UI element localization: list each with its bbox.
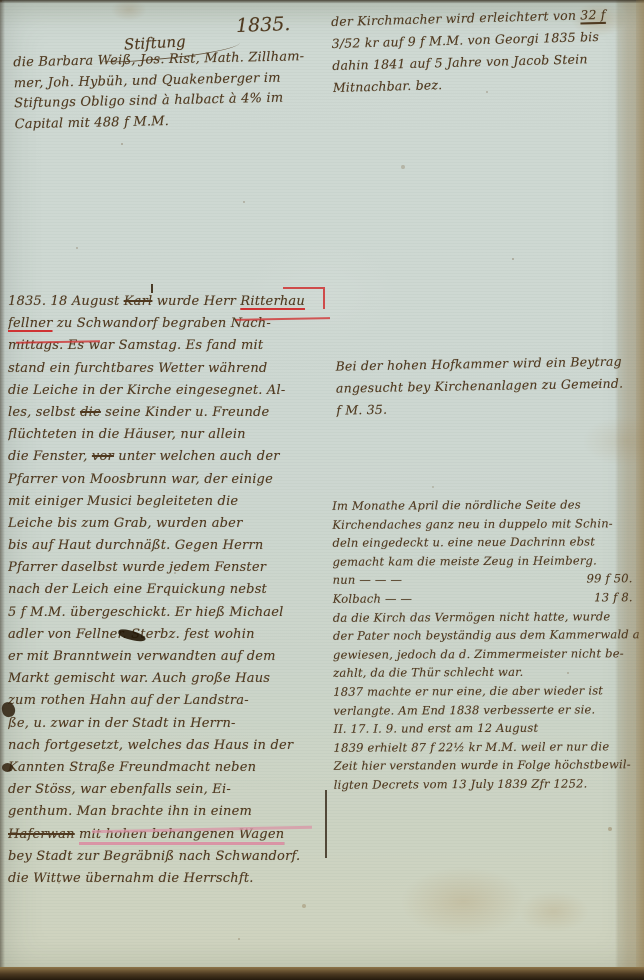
manuscript-block-stiftung-entry: die Barbara Weiß, Jos. Rist, Math. Zillh… xyxy=(13,49,329,138)
manuscript-line: Kannten Straße Freundmacht neben xyxy=(8,760,330,782)
manuscript-line: gemacht kam die meiste Zeug in Heimberg. xyxy=(333,553,639,573)
manuscript-line: Kirchendaches ganz neu in duppelo mit Sc… xyxy=(332,516,638,536)
manuscript-line: die Fenster, vor unter welchen auch der xyxy=(8,449,330,471)
manuscript-line: Leiche bis zum Grab, wurden aber xyxy=(8,516,330,538)
manuscript-block-kirchendach-entry: Im Monathe April die nördliche Seite des… xyxy=(332,497,640,796)
struck-word: Haferwan xyxy=(8,827,75,842)
manuscript-line: die Leiche in der Kirche eingesegnet. Al… xyxy=(8,383,330,405)
struck-word: die xyxy=(80,405,101,420)
amount: 99 f 50. xyxy=(587,572,633,591)
manuscript-line: er mit Branntwein verwandten auf dem xyxy=(8,649,330,671)
manuscript-line: Im Monathe April die nördliche Seite des xyxy=(332,497,638,517)
page-edge-right xyxy=(636,0,644,980)
manuscript-line: ße, u. zwar in der Stadt in Herrn- xyxy=(8,716,330,738)
manuscript-line: Markt gemischt war. Auch große Haus xyxy=(8,671,330,693)
manuscript-line: 1839 erhielt 87 f 22½ kr M.M. weil er nu… xyxy=(333,739,639,759)
manuscript-block-kirchmacher-entry: der Kirchmacher wird erleichtert von 32 … xyxy=(331,6,639,102)
manuscript-line: Kolbach — —13 f 8. xyxy=(333,590,639,610)
manuscript-line: Zeit hier verstanden wurde in Folge höch… xyxy=(334,758,640,778)
manuscript-line: adler von Fellner. Sterbz. fest wohin xyxy=(8,627,330,649)
manuscript-line: Pfarrer daselbst wurde jedem Fenster xyxy=(8,560,330,582)
manuscript-line: der Pater noch beyständig aus dem Kammer… xyxy=(333,627,639,647)
manuscript-line: zahlt, da die Thür schlecht war. xyxy=(333,665,639,685)
page-edge-left xyxy=(0,0,5,980)
manuscript-line: der Stöss, war ebenfalls sein, Ei- xyxy=(8,782,330,804)
amount: 13 f 8. xyxy=(594,590,633,609)
page-edge-bottom xyxy=(0,967,644,980)
manuscript-line: nach der Leich eine Erquickung nebst xyxy=(8,582,330,604)
manuscript-line: les, selbst die seine Kinder u. Freunde xyxy=(8,405,330,427)
manuscript-block-hofkammer-entry: Bei der hohen Hofkammer wird ein Beytrag… xyxy=(335,353,636,424)
manuscript-line: bis auf Haut durchnäßt. Gegen Herrn xyxy=(8,538,330,560)
struck-word: Karl xyxy=(124,294,153,309)
manuscript-line: zum rothen Hahn auf der Landstra- xyxy=(8,693,330,715)
red-corner-mark xyxy=(283,287,325,309)
manuscript-line: stand ein furchtbares Wetter während xyxy=(8,361,330,383)
page-edge-top xyxy=(0,0,644,3)
year-heading: 1835. xyxy=(236,13,291,37)
manuscript-page: 1835. Stiftung die Barbara Weiß, Jos. Ri… xyxy=(0,0,644,980)
manuscript-line: mit einiger Musici begleiteten die xyxy=(8,494,330,516)
manuscript-line: II. 17. I. 9. und erst am 12 August xyxy=(333,720,639,740)
manuscript-line: genthum. Man brachte ihn in einem xyxy=(8,804,330,826)
struck-word: vor xyxy=(92,449,114,464)
manuscript-line: 1835. 18 August Karl wurde Herr Ritterha… xyxy=(8,294,330,316)
manuscript-line: nun — — —99 f 50. xyxy=(333,572,639,592)
ink-underlined-word: 32 f xyxy=(580,7,606,23)
manuscript-line: deln eingedeckt u. eine neue Dachrinn eb… xyxy=(332,534,638,554)
manuscript-line: da die Kirch das Vermögen nicht hatte, w… xyxy=(333,609,639,629)
manuscript-block-begraebnis-entry: 1835. 18 August Karl wurde Herr Ritterha… xyxy=(8,294,330,893)
manuscript-line: nach fortgesetzt, welches das Haus in de… xyxy=(8,738,330,760)
manuscript-line: 5 f M.M. übergeschickt. Er hieß Michael xyxy=(8,605,330,627)
manuscript-line: verlangte. Am End 1838 verbesserte er si… xyxy=(333,702,639,722)
manuscript-line: 1837 machte er nur eine, die aber wieder… xyxy=(333,683,639,703)
manuscript-line: flüchteten in die Häuser, nur allein xyxy=(8,427,330,449)
manuscript-line: gewiesen, jedoch da d. Zimmermeister nic… xyxy=(333,646,639,666)
manuscript-line: Pfarrer von Moosbrunn war, der einige xyxy=(8,472,330,494)
manuscript-line: f M. 35. xyxy=(336,397,636,424)
red-underlined-word: fellner xyxy=(8,316,53,331)
ink-tick-mark xyxy=(151,284,153,293)
manuscript-line: bey Stadt zur Begräbniß nach Schwandorf. xyxy=(8,849,330,871)
manuscript-line: die Wittwe übernahm die Herrschft. xyxy=(8,871,330,893)
margin-line-mark xyxy=(325,790,327,858)
manuscript-line: ligten Decrets vom 13 July 1839 Zfr 1252… xyxy=(334,776,640,796)
